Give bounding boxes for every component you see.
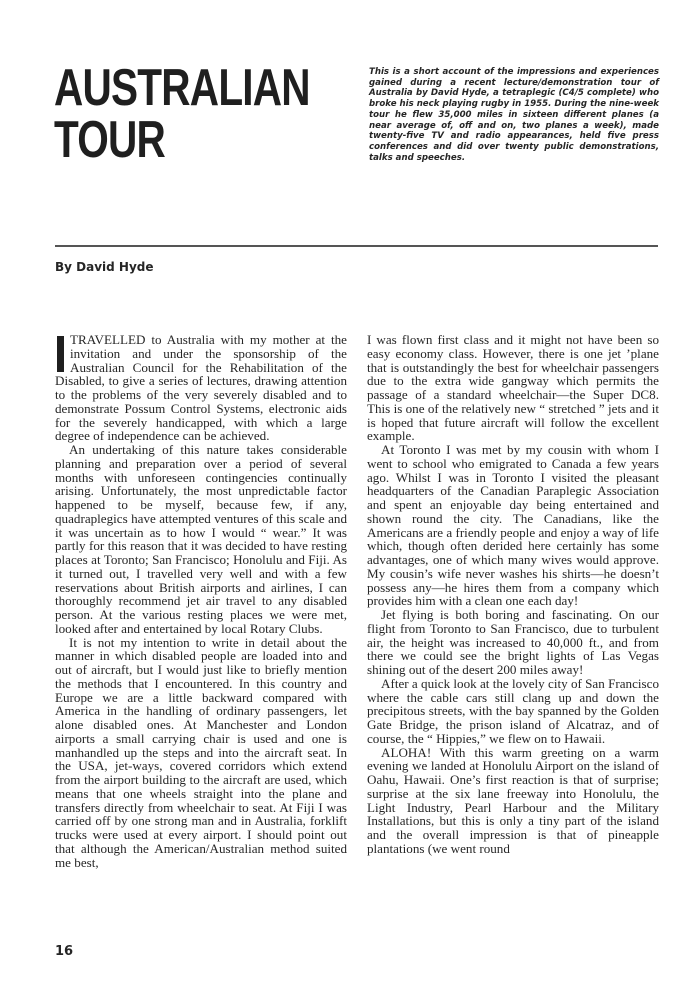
byline: By David Hyde (55, 260, 154, 274)
right-column: I was flown first class and it might not… (367, 333, 659, 856)
horizontal-rule (55, 245, 658, 247)
paragraph-1: TRAVELLED to Australia with my mother at… (55, 333, 347, 443)
paragraph-4: I was flown first class and it might not… (367, 333, 659, 443)
page-number: 16 (55, 944, 73, 959)
paragraph-8: ALOHA! With this warm greeting on a warm… (367, 746, 659, 856)
paragraph-6: Jet flying is both boring and fascinatin… (367, 608, 659, 677)
paragraph-2: An undertaking of this nature takes cons… (55, 443, 347, 636)
paragraph-3: It is not my intention to write in detai… (55, 636, 347, 870)
title-line-1: AUSTRALIAN (54, 62, 310, 114)
paragraph-5: At Toronto I was met by my cousin with w… (367, 443, 659, 608)
article-title: AUSTRALIAN TOUR (54, 62, 310, 166)
paragraph-1-text: TRAVELLED to Australia with my mother at… (55, 332, 347, 443)
left-column: TRAVELLED to Australia with my mother at… (55, 333, 347, 869)
drop-cap-i (57, 336, 64, 372)
article-summary: This is a short account of the impressio… (369, 67, 659, 163)
title-line-2: TOUR (54, 114, 310, 166)
paragraph-7: After a quick look at the lovely city of… (367, 677, 659, 746)
